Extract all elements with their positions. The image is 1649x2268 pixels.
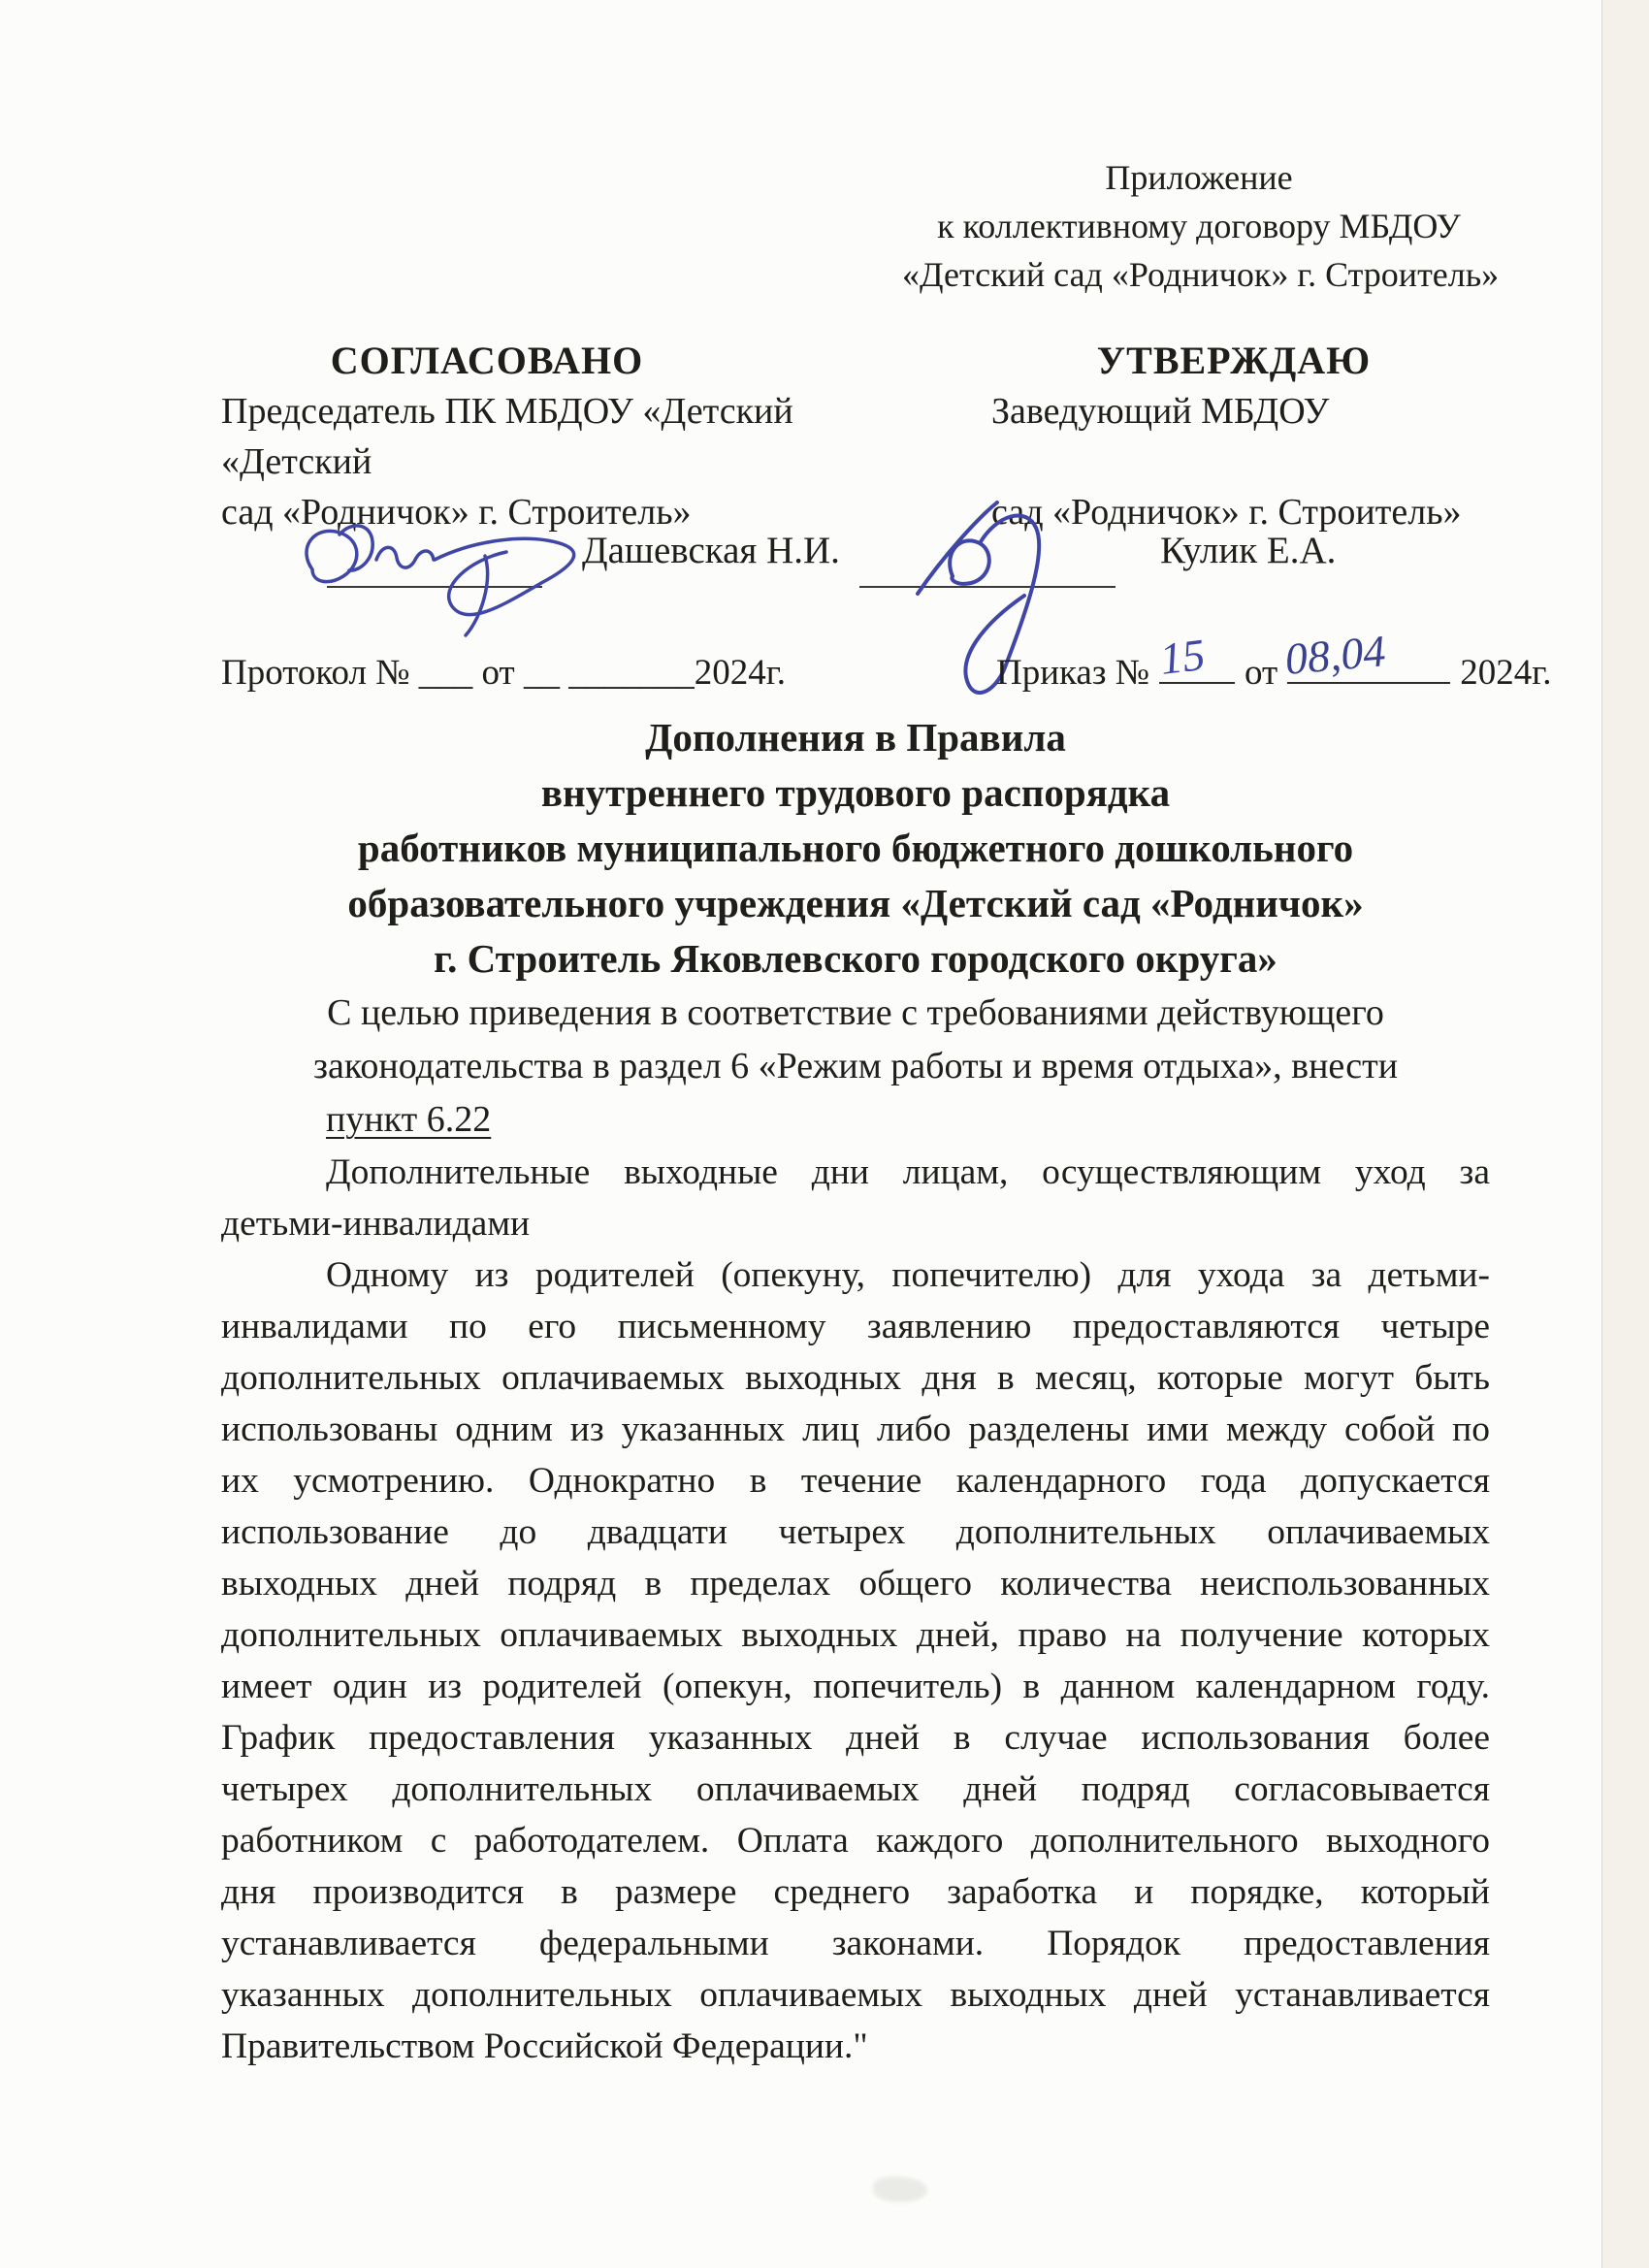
paragraph-body: Одному из родителей (опекуну, попечителю… <box>221 1249 1490 2072</box>
text-line: работником с работодателем. Оплата каждо… <box>221 1815 1490 1866</box>
text-line: внутреннего трудового распорядка <box>221 765 1490 821</box>
text-line: работников муниципального бюджетного дош… <box>221 821 1490 876</box>
order-date-blank: 08,04 <box>1287 682 1450 684</box>
text-line: использование до двадцати четырех дополн… <box>221 1507 1490 1558</box>
text-line: «Детский сад «Родничок» г. Строитель» <box>902 250 1496 299</box>
signer-name-left: Дашевская Н.И. <box>582 529 840 572</box>
text-line: График предоставления указанных дней в с… <box>221 1712 1490 1764</box>
text-line <box>991 437 1476 487</box>
appendix-note: Приложениек коллективному договору МБДОУ… <box>902 153 1496 299</box>
text-line: «Детский <box>221 437 753 487</box>
document-page: Приложениек коллективному договору МБДОУ… <box>0 0 1649 2268</box>
agreed-title: СОГЛАСОВАНО <box>221 336 753 386</box>
text-line: образовательного учреждения «Детский сад… <box>221 876 1490 931</box>
text-line: дополнительных оплачиваемых выходных дня… <box>221 1352 1490 1404</box>
protocol-line: Протокол № ___ от __ _______2024г. <box>221 652 786 694</box>
text-line: детьми-инвалидами <box>221 1198 1490 1249</box>
approved-title: УТВЕРЖДАЮ <box>991 336 1476 386</box>
signature-left-ink <box>283 500 613 645</box>
text-line: законодательства в раздел 6 «Режим работ… <box>221 1040 1490 1093</box>
text-line: четырех дополнительных оплачиваемых дней… <box>221 1764 1490 1815</box>
clause-ref-text: пункт 6.22 <box>326 1099 491 1140</box>
signer-name-right: Кулик Е.А. <box>1160 529 1336 572</box>
order-date-handwritten: 08,04 <box>1283 629 1387 682</box>
text-line: выходных дней подряд в пределах общего к… <box>221 1558 1490 1609</box>
text-line: Приложение <box>902 153 1496 202</box>
paragraph-heading: Дополнительные выходные дни лицам, осуще… <box>221 1147 1490 1249</box>
order-line: Приказ №15от08,042024г. <box>996 652 1551 694</box>
text-line: указанных дополнительных оплачиваемых вы… <box>221 1969 1490 2021</box>
order-number-blank: 15 <box>1159 682 1235 684</box>
scan-smudge <box>873 2177 927 2202</box>
order-suffix: 2024г. <box>1460 653 1551 693</box>
text-line: устанавливается федеральными законами. П… <box>221 1918 1490 1969</box>
order-prefix: Приказ № <box>996 653 1149 693</box>
document-title: Дополнения в Правилавнутреннего трудовог… <box>221 710 1490 987</box>
text-line: Правительством Российской Федерации." <box>221 2021 1490 2072</box>
text-line: Заведующий МБДОУ <box>991 386 1476 437</box>
text-line: инвалидами по его письменному заявлению … <box>221 1301 1490 1352</box>
text-line: Одному из родителей (опекуну, попечителю… <box>221 1249 1490 1301</box>
text-line: использованы одним из указанных лиц либо… <box>221 1404 1490 1455</box>
text-line: их усмотрению. Однократно в течение кале… <box>221 1455 1490 1507</box>
text-line: дня производится в размере среднего зара… <box>221 1866 1490 1918</box>
order-number-handwritten: 15 <box>1157 632 1207 682</box>
text-line: к коллективному договору МБДОУ <box>902 202 1496 250</box>
order-mid: от <box>1245 653 1277 693</box>
text-line: Дополнительные выходные дни лицам, осуще… <box>221 1147 1490 1198</box>
document-body: Дополнения в Правилавнутреннего трудовог… <box>221 710 1490 2072</box>
clause-ref: пункт 6.22 <box>221 1093 1490 1147</box>
text-line: Председатель ПК МБДОУ «Детский <box>221 386 753 437</box>
intro-text: С целью приведения в соответствие с треб… <box>221 987 1490 1093</box>
text-line: Дополнения в Правила <box>221 710 1490 765</box>
text-line: имеет один из родителей (опекун, попечит… <box>221 1661 1490 1712</box>
text-line: г. Строитель Яковлевского городского окр… <box>221 931 1490 987</box>
text-line: дополнительных оплачиваемых выходных дне… <box>221 1609 1490 1661</box>
scan-edge <box>1601 0 1649 2268</box>
text-line: С целью приведения в соответствие с треб… <box>221 987 1490 1040</box>
